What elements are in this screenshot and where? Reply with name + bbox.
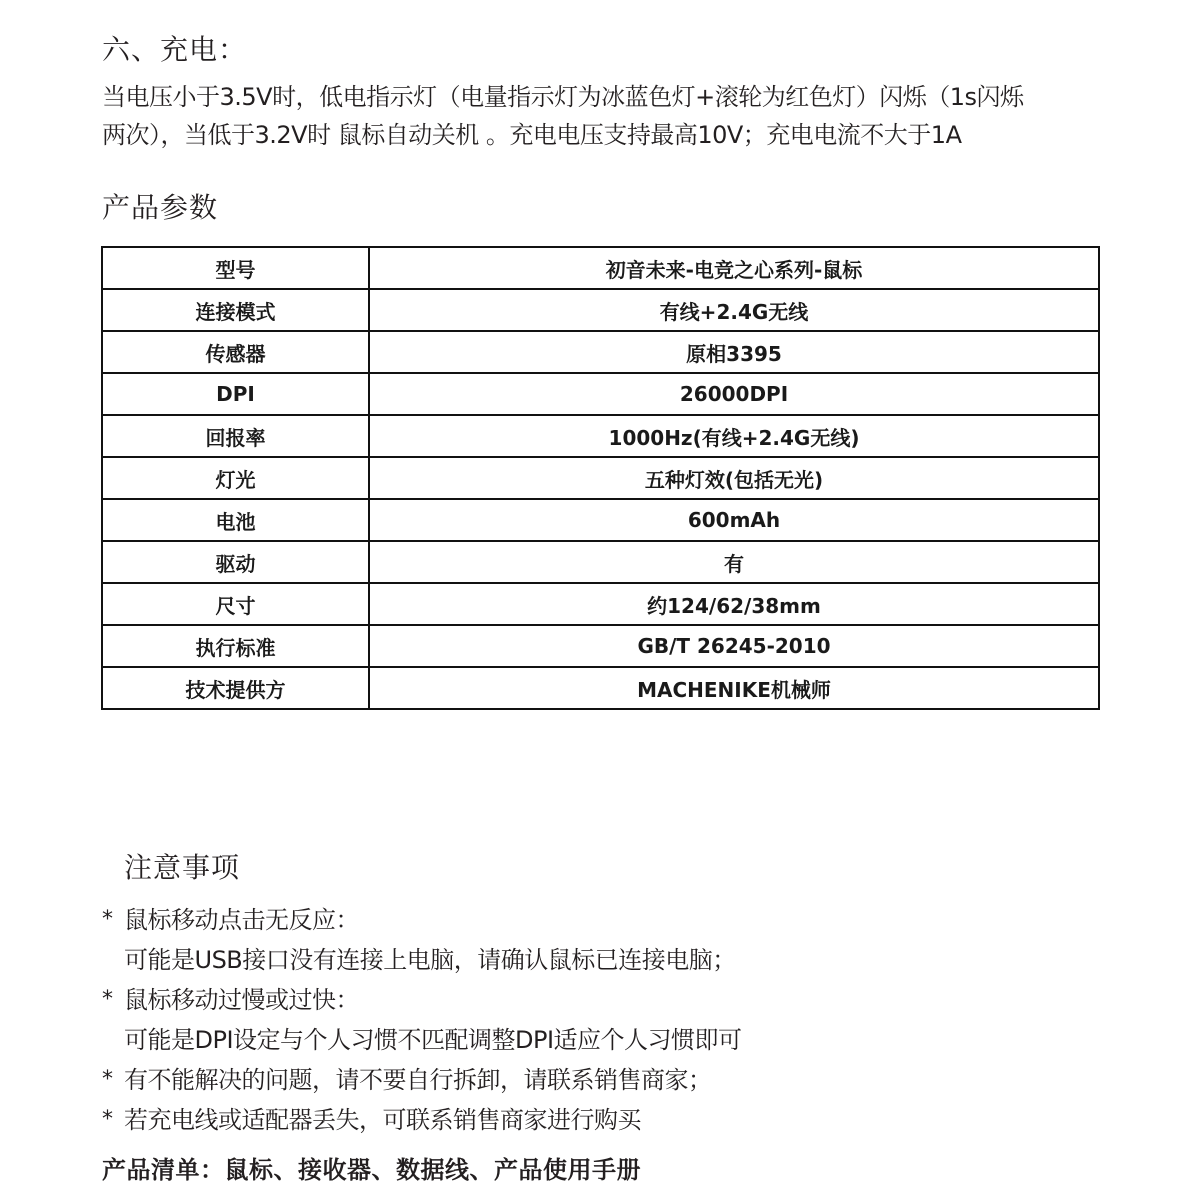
table-row: 驱动有 — [102, 541, 1099, 583]
note-text: 可能是USB接口没有连接上电脑，请确认鼠标已连接电脑； — [124, 940, 736, 980]
table-row: 传感器原相3395 — [102, 331, 1099, 373]
spec-key: 执行标准 — [102, 625, 369, 667]
spec-value: 约124/62/38mm — [369, 583, 1099, 625]
notes-section-title: 注意事项 — [124, 846, 240, 886]
spec-value: 600mAh — [369, 499, 1099, 541]
asterisk-bullet-icon: * — [102, 1100, 113, 1140]
table-row: 技术提供方MACHENIKE机械师 — [102, 667, 1099, 709]
spec-value: 有线+2.4G无线 — [369, 289, 1099, 331]
asterisk-bullet-icon: * — [102, 900, 113, 940]
charging-line-2: 两次），当低于3.2V时 鼠标自动关机 。充电电压支持最高10V；充电电流不大于… — [102, 116, 1102, 154]
spec-key: 电池 — [102, 499, 369, 541]
note-item: * 若充电线或适配器丢失，可联系销售商家进行购买 — [0, 1100, 1200, 1140]
note-text: 若充电线或适配器丢失，可联系销售商家进行购买 — [124, 1100, 641, 1140]
note-item: * 有不能解决的问题，请不要自行拆卸，请联系销售商家； — [0, 1060, 1200, 1100]
asterisk-bullet-icon: * — [102, 980, 113, 1020]
note-item: * 鼠标移动过慢或过快： — [0, 980, 1200, 1020]
note-text: 鼠标移动过慢或过快： — [124, 980, 359, 1020]
charging-line-1: 当电压小于3.5V时，低电指示灯（电量指示灯为冰蓝色灯+滚轮为红色灯）闪烁（1s… — [102, 78, 1102, 116]
spec-key: 尺寸 — [102, 583, 369, 625]
spec-key: 技术提供方 — [102, 667, 369, 709]
note-text: 鼠标移动点击无反应： — [124, 900, 359, 940]
spec-key: 传感器 — [102, 331, 369, 373]
spec-key: 连接模式 — [102, 289, 369, 331]
spec-table: 型号初音未来-电竞之心系列-鼠标 连接模式有线+2.4G无线 传感器原相3395… — [101, 246, 1100, 710]
charging-description: 当电压小于3.5V时，低电指示灯（电量指示灯为冰蓝色灯+滚轮为红色灯）闪烁（1s… — [102, 78, 1102, 154]
spec-value: 原相3395 — [369, 331, 1099, 373]
package-list: 产品清单：鼠标、接收器、数据线、产品使用手册 — [102, 1150, 641, 1185]
table-row: 连接模式有线+2.4G无线 — [102, 289, 1099, 331]
table-row: 电池600mAh — [102, 499, 1099, 541]
spec-key: DPI — [102, 373, 369, 415]
asterisk-bullet-icon: * — [102, 1060, 113, 1100]
spec-value: 1000Hz(有线+2.4G无线) — [369, 415, 1099, 457]
note-text: 有不能解决的问题，请不要自行拆卸，请联系销售商家； — [124, 1060, 712, 1100]
spec-value: 26000DPI — [369, 373, 1099, 415]
spec-value: 五种灯效(包括无光) — [369, 457, 1099, 499]
params-section-title: 产品参数 — [102, 186, 218, 226]
spec-key: 型号 — [102, 247, 369, 289]
note-item: 可能是DPI设定与个人习惯不匹配调整DPI适应个人习惯即可 — [0, 1020, 1200, 1060]
spec-key: 回报率 — [102, 415, 369, 457]
table-row: DPI26000DPI — [102, 373, 1099, 415]
spec-key: 灯光 — [102, 457, 369, 499]
note-text: 可能是DPI设定与个人习惯不匹配调整DPI适应个人习惯即可 — [124, 1020, 742, 1060]
spec-key: 驱动 — [102, 541, 369, 583]
note-item: * 鼠标移动点击无反应： — [0, 900, 1200, 940]
charging-section-title: 六、充电： — [102, 28, 247, 68]
note-item: 可能是USB接口没有连接上电脑，请确认鼠标已连接电脑； — [0, 940, 1200, 980]
spec-value: 初音未来-电竞之心系列-鼠标 — [369, 247, 1099, 289]
spec-value: MACHENIKE机械师 — [369, 667, 1099, 709]
spec-value: GB/T 26245-2010 — [369, 625, 1099, 667]
table-row: 执行标准GB/T 26245-2010 — [102, 625, 1099, 667]
table-row: 回报率1000Hz(有线+2.4G无线) — [102, 415, 1099, 457]
spec-value: 有 — [369, 541, 1099, 583]
table-row: 灯光五种灯效(包括无光) — [102, 457, 1099, 499]
table-row: 尺寸约124/62/38mm — [102, 583, 1099, 625]
table-row: 型号初音未来-电竞之心系列-鼠标 — [102, 247, 1099, 289]
